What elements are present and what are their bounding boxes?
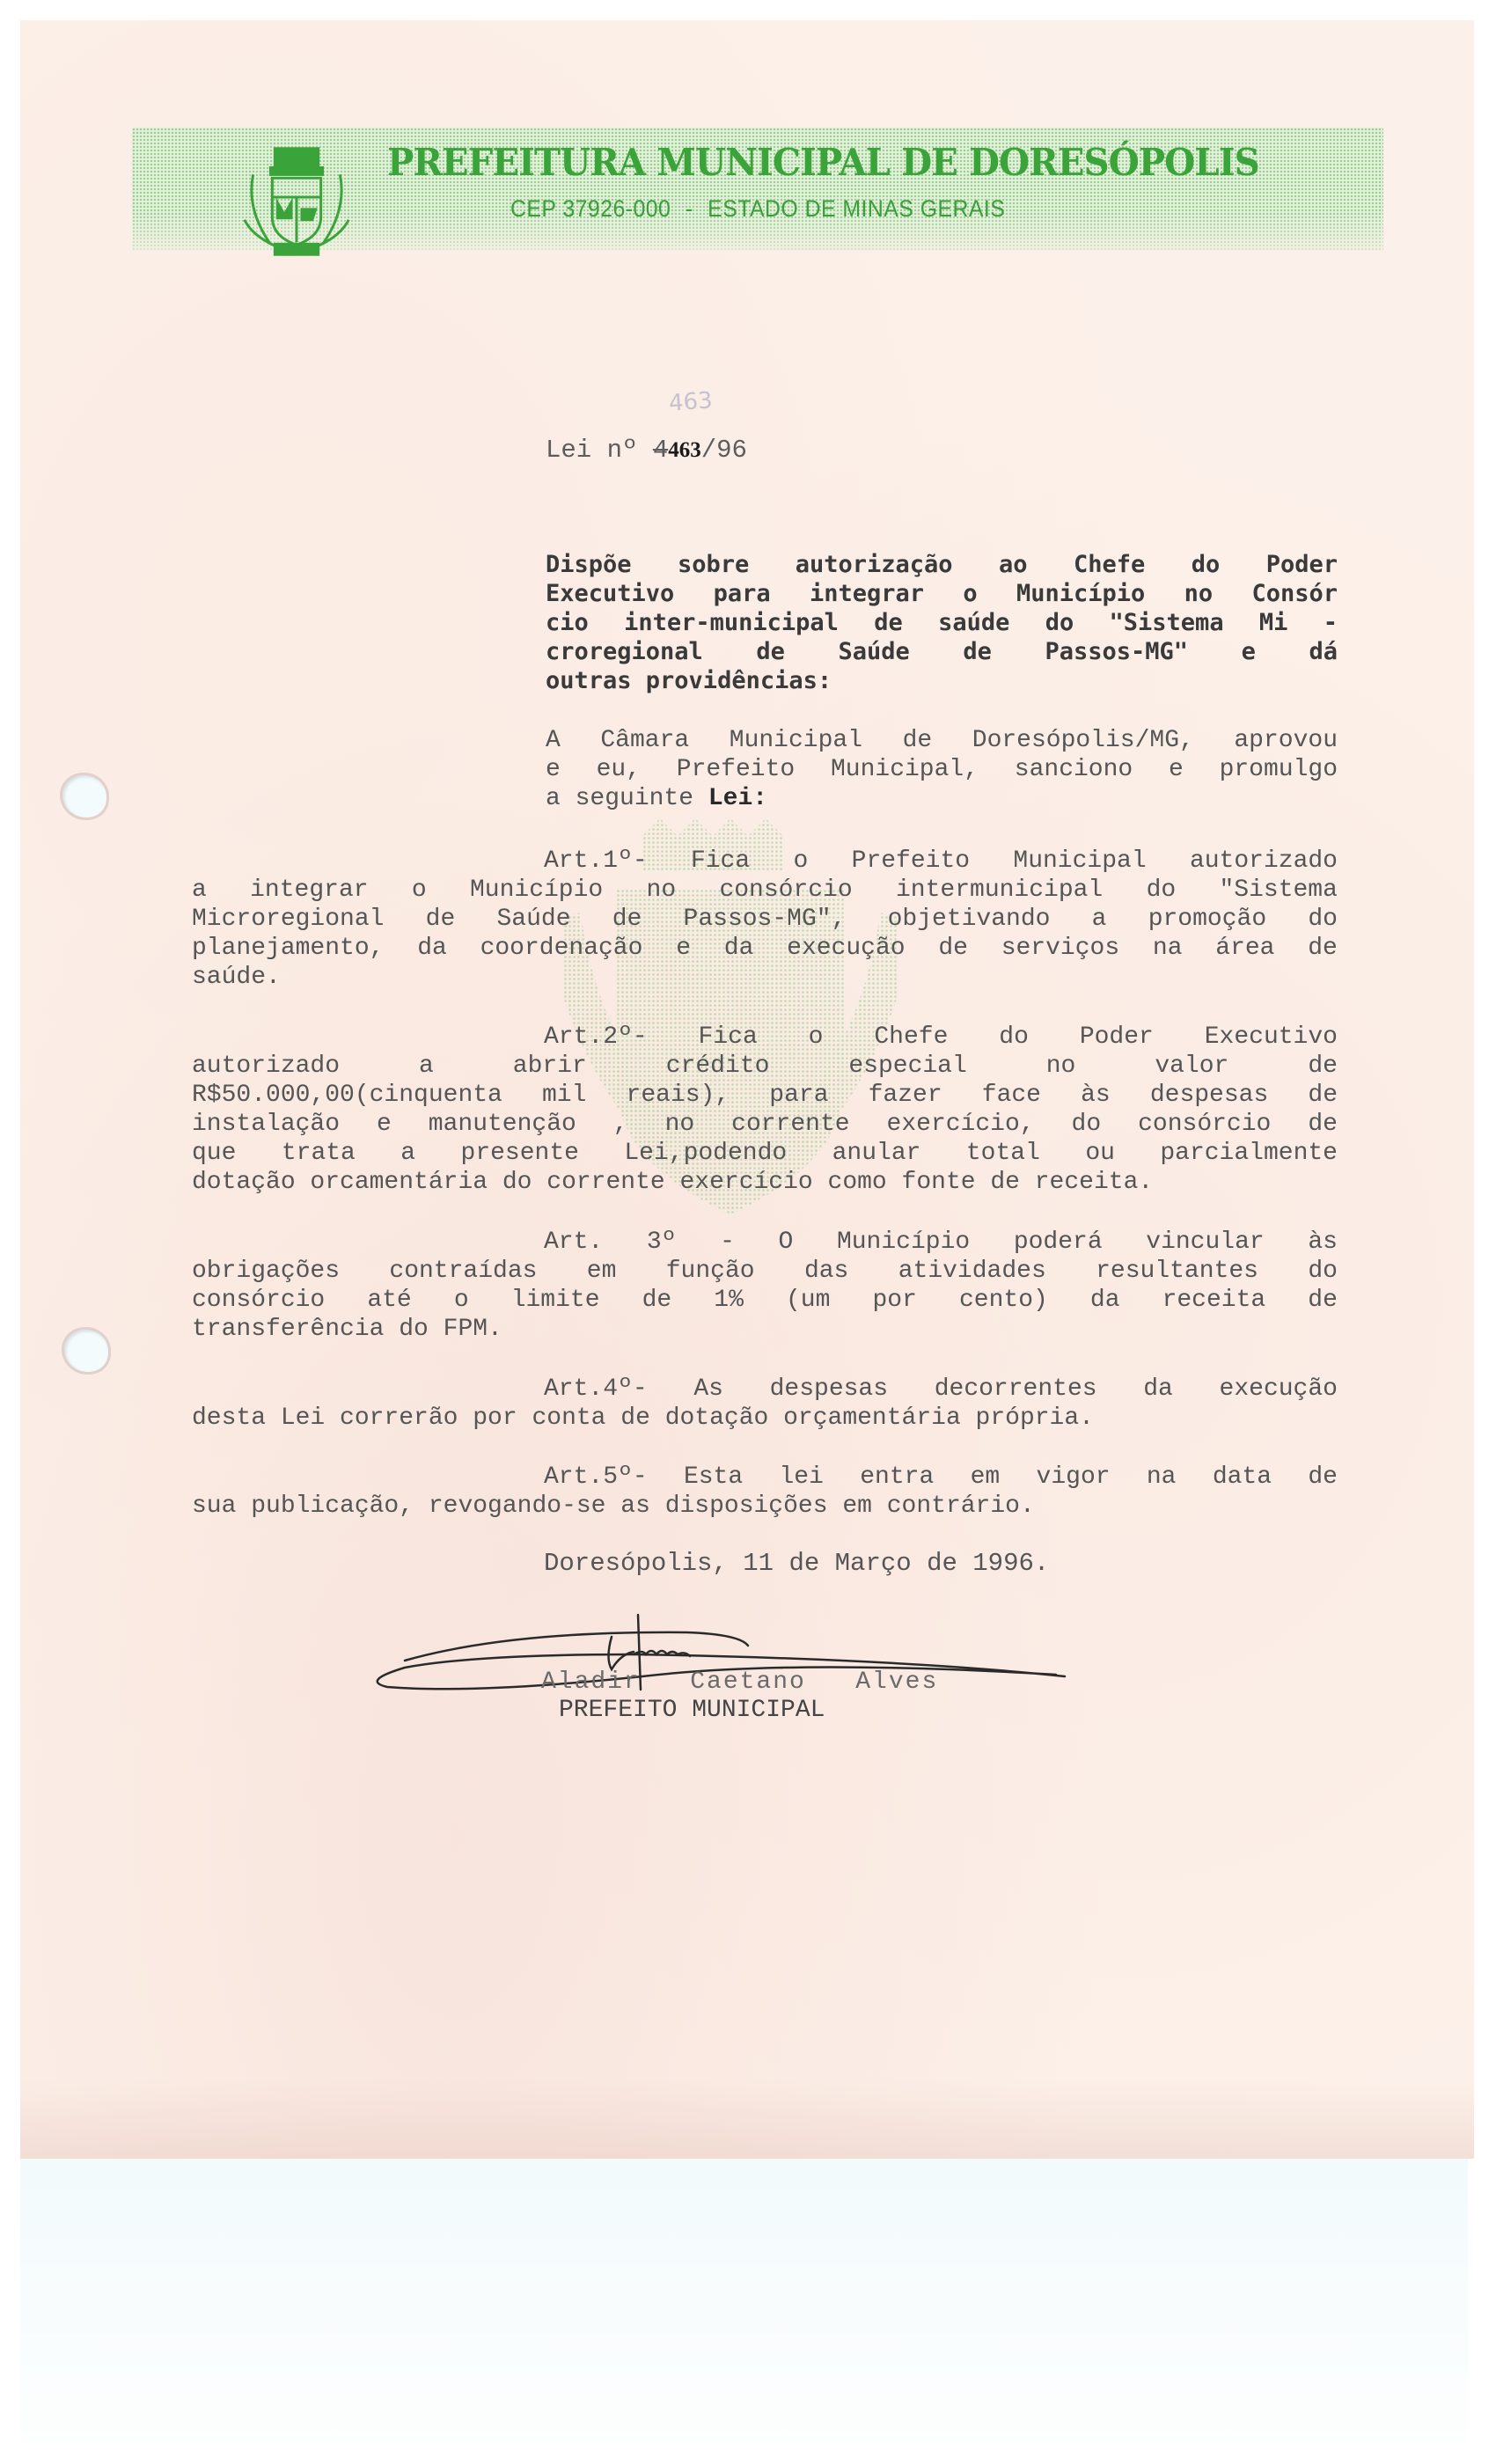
summary-line: Executivo para integrar o Município no C… — [546, 579, 1338, 608]
word: Art. — [544, 1228, 603, 1257]
summary-line: outras providências: — [546, 666, 1338, 695]
article-line: Art.4º-Asdespesasdecorrentesdaexecução — [192, 1375, 1338, 1404]
word: O — [779, 1228, 794, 1257]
word: Município — [470, 876, 603, 905]
word: na — [1147, 1463, 1177, 1492]
article-line: Art.3º-OMunicípiopoderávincularàs — [192, 1228, 1338, 1257]
word: Esta — [684, 1463, 743, 1492]
word: despesas — [1150, 1081, 1268, 1110]
word: até — [367, 1286, 411, 1315]
word: fazer — [869, 1081, 942, 1110]
word: execução — [1220, 1375, 1338, 1404]
article-line: dotação orcamentária do corrente exercíc… — [192, 1168, 1338, 1197]
word: do — [1308, 905, 1338, 934]
word: em — [587, 1257, 617, 1286]
article-line: autorizadoaabrircréditoespecialnovalorde — [192, 1052, 1338, 1081]
law-prefix: Lei nº — [546, 436, 653, 465]
word: autorizado — [192, 1052, 340, 1081]
word: Poder — [1080, 1023, 1154, 1052]
word: da — [417, 934, 447, 963]
word: de — [1308, 1081, 1338, 1110]
word: reais), — [627, 1081, 730, 1110]
word: integrar — [250, 876, 368, 905]
word: 3º — [647, 1228, 677, 1257]
word: contraídas — [389, 1257, 537, 1286]
word: trata — [282, 1139, 356, 1168]
word: Art.4º- — [544, 1375, 648, 1404]
word: Fica — [699, 1023, 758, 1052]
word: atividades — [898, 1257, 1046, 1286]
word: que — [192, 1139, 236, 1168]
letterhead-cep: CEP 37926-000 — [510, 195, 671, 222]
word: do — [1308, 1257, 1338, 1286]
word: receita — [1162, 1286, 1266, 1315]
word: no — [647, 876, 677, 905]
punch-hole — [64, 1330, 108, 1372]
word: das — [804, 1257, 848, 1286]
word: face — [982, 1081, 1041, 1110]
word: Município — [837, 1228, 970, 1257]
word: Saúde — [496, 905, 570, 934]
word: do — [1147, 876, 1177, 905]
article-line: desta Lei correrão por conta de dotação … — [192, 1404, 1338, 1433]
word: do — [1072, 1110, 1102, 1139]
word: do — [999, 1023, 1029, 1052]
word: vigor — [1037, 1463, 1111, 1492]
word: no — [665, 1110, 695, 1139]
summary-line: Dispõe sobre autorização ao Chefe do Pod… — [546, 550, 1338, 579]
word: Lei,podendo — [624, 1139, 787, 1168]
word: e — [377, 1110, 392, 1139]
word: crédito — [666, 1052, 770, 1081]
word: R$50.000,00(cinquenta — [192, 1081, 502, 1110]
word: execução — [787, 934, 905, 963]
word: o — [794, 847, 809, 876]
word: para — [769, 1081, 828, 1110]
word: - — [720, 1228, 735, 1257]
letterhead-separator: - — [686, 195, 693, 222]
word: valor — [1155, 1052, 1228, 1081]
word: no — [1046, 1052, 1076, 1081]
signatory-name: Aladir Caetano Alves — [541, 1668, 938, 1697]
article-line: Art.1º-FicaoPrefeitoMunicipalautorizado — [192, 847, 1338, 876]
word: promoção — [1148, 905, 1266, 934]
word: consórcio — [719, 876, 852, 905]
word: limite — [511, 1286, 600, 1315]
word: parcialmente — [1160, 1139, 1338, 1168]
preamble-text: a seguinte — [546, 785, 708, 812]
article-line: planejamento,dacoordenaçãoedaexecuçãodes… — [192, 934, 1338, 963]
article-line: instalaçãoemanutenção,nocorrenteexercíci… — [192, 1110, 1338, 1139]
word: , — [613, 1110, 628, 1139]
summary-line: cio inter-municipal de saúde do "Sistema… — [546, 608, 1338, 637]
handwritten-note: 463 — [668, 387, 714, 416]
article-4: Art.4º-Asdespesasdecorrentesdaexecuçãode… — [192, 1375, 1338, 1433]
preamble-line: a seguinte Lei: — [546, 784, 1338, 813]
word: abrir — [513, 1052, 587, 1081]
word: a — [192, 876, 207, 905]
word: de — [642, 1286, 672, 1315]
word: corrente — [731, 1110, 849, 1139]
word: anular — [832, 1139, 921, 1168]
preamble-line: A Câmara Municipal de Doresópolis/MG, ap… — [546, 726, 1338, 755]
word: planejamento, — [192, 934, 384, 963]
article-line: sua publicação, revogando-se as disposiç… — [192, 1492, 1338, 1521]
word: às — [1081, 1081, 1111, 1110]
word: da — [724, 934, 754, 963]
word: a — [400, 1139, 415, 1168]
article-1: Art.1º-FicaoPrefeitoMunicipalautorizadoa… — [192, 847, 1338, 992]
word: de — [1308, 934, 1338, 963]
word: coordenação — [480, 934, 643, 963]
word: presente — [461, 1139, 579, 1168]
word: especial — [848, 1052, 966, 1081]
preamble-line: e eu, Prefeito Municipal, sanciono e pro… — [546, 755, 1338, 784]
word: serviços — [1001, 934, 1119, 963]
word: instalação — [192, 1110, 340, 1139]
word: Microregional — [192, 905, 384, 934]
word: objetivando — [888, 905, 1051, 934]
word: o — [454, 1286, 469, 1315]
punch-hole — [62, 775, 106, 818]
word: Fica — [691, 847, 750, 876]
word: na — [1153, 934, 1183, 963]
coat-of-arms-icon — [227, 139, 366, 262]
law-year: /96 — [701, 436, 747, 465]
word: função — [666, 1257, 755, 1286]
letterhead-subtitle: CEP 37926-000-ESTADO DE MINAS GERAIS — [510, 195, 1005, 223]
letterhead-state: ESTADO DE MINAS GERAIS — [708, 195, 1005, 222]
word: o — [809, 1023, 824, 1052]
word: entra — [860, 1463, 934, 1492]
preamble: A Câmara Municipal de Doresópolis/MG, ap… — [546, 726, 1338, 813]
word: data — [1213, 1463, 1272, 1492]
article-5: Art.5º-Estaleientraemvigornadatadesua pu… — [192, 1463, 1338, 1521]
word: de — [938, 934, 968, 963]
article-2: Art.2º-FicaoChefedoPoderExecutivoautoriz… — [192, 1023, 1338, 1197]
article-line: aintegraroMunicípionoconsórciointermunic… — [192, 876, 1338, 905]
article-line: R$50.000,00(cinquentamilreais),parafazer… — [192, 1081, 1338, 1110]
word: de — [1308, 1286, 1338, 1315]
word: de — [426, 905, 456, 934]
word: o — [412, 876, 427, 905]
scanner-background — [20, 2147, 1468, 2442]
word: ou — [1085, 1139, 1115, 1168]
word: "Sistema — [1219, 876, 1337, 905]
word: total — [966, 1139, 1040, 1168]
word: Executivo — [1205, 1023, 1338, 1052]
word: cento) — [959, 1286, 1048, 1315]
word: As — [693, 1375, 723, 1404]
word: da — [1143, 1375, 1173, 1404]
word: em — [971, 1463, 1001, 1492]
word: poderá — [1014, 1228, 1103, 1257]
article-line: consórcioatéolimitede1%(umporcento)darec… — [192, 1286, 1338, 1315]
word: às — [1308, 1228, 1338, 1257]
article-line: transferência do FPM. — [192, 1315, 1338, 1344]
word: autorizado — [1190, 847, 1338, 876]
word: (um — [786, 1286, 830, 1315]
word: e — [676, 934, 691, 963]
article-3: Art.3º-OMunicípiopoderávincularàsobrigaç… — [192, 1228, 1338, 1344]
word: Art.2º- — [544, 1023, 648, 1052]
word: a — [419, 1052, 434, 1081]
article-line: obrigaçõescontraídasemfunçãodasatividade… — [192, 1257, 1338, 1286]
article-line: Art.2º-FicaoChefedoPoderExecutivo — [192, 1023, 1338, 1052]
word: obrigações — [192, 1257, 340, 1286]
word: decorrentes — [935, 1375, 1097, 1404]
word: consórcio — [1138, 1110, 1271, 1139]
place-and-date: Doresópolis, 11 de Março de 1996. — [544, 1549, 1049, 1578]
word: área — [1215, 934, 1274, 963]
word: Art.5º- — [544, 1463, 648, 1492]
word: de — [1308, 1110, 1338, 1139]
word: vincular — [1146, 1228, 1264, 1257]
article-line: Art.5º-Estaleientraemvigornadatade — [192, 1463, 1338, 1492]
signatory-title: PREFEITO MUNICIPAL — [559, 1696, 825, 1725]
word: a — [1092, 905, 1107, 934]
law-summary: Dispõe sobre autorização ao Chefe do Pod… — [546, 550, 1338, 695]
word: Chefe — [874, 1023, 948, 1052]
article-line: saúde. — [192, 963, 1338, 992]
preamble-bold-word: Lei: — [708, 785, 767, 812]
article-line: MicroregionaldeSaúdedePassos-MG",objetiv… — [192, 905, 1338, 934]
word: manutenção — [429, 1110, 576, 1139]
word: Municipal — [1013, 847, 1146, 876]
word: resultantes — [1096, 1257, 1258, 1286]
word: lei — [780, 1463, 824, 1492]
word: por — [872, 1286, 916, 1315]
word: da — [1090, 1286, 1120, 1315]
article-line: quetrataapresenteLei,podendoanulartotalo… — [192, 1139, 1338, 1168]
word: de — [1308, 1463, 1338, 1492]
word: intermunicipal — [896, 876, 1103, 905]
letterhead-title: PREFEITURA MUNICIPAL DE DORESÓPOLIS — [387, 141, 1283, 184]
summary-line: croregional de Saúde de Passos-MG" e dá — [546, 637, 1338, 666]
word: Passos-MG", — [684, 905, 847, 934]
word: exercício, — [887, 1110, 1035, 1139]
word: mil — [542, 1081, 586, 1110]
word: despesas — [770, 1375, 888, 1404]
law-stamped-number: 463 — [668, 438, 701, 462]
law-number: Lei nº 4463/96 — [546, 436, 747, 465]
word: de — [612, 905, 642, 934]
word: consórcio — [192, 1286, 325, 1315]
word: Prefeito — [852, 847, 970, 876]
word: 1% — [714, 1286, 744, 1315]
law-struck-number: 4 — [653, 436, 668, 465]
word: de — [1308, 1052, 1338, 1081]
word: Art.1º- — [544, 847, 648, 876]
